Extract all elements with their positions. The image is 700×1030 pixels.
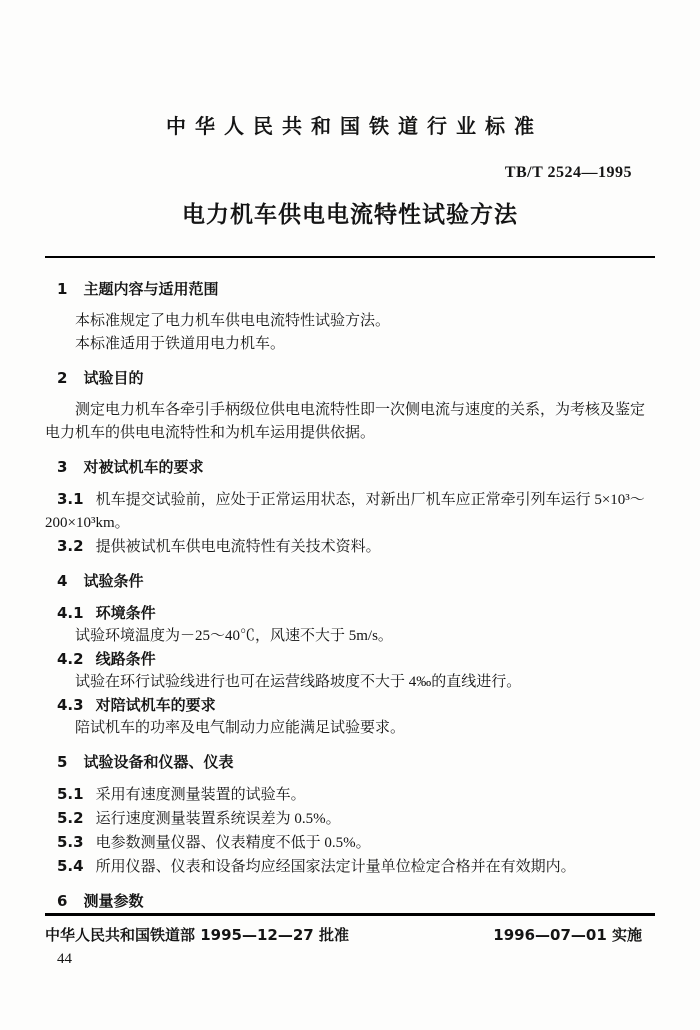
- clause-number: 5.1: [57, 783, 84, 806]
- section-heading: 6测量参数: [45, 890, 655, 913]
- continuation-line: 电力机车的供电电流特性和为机车运用提供依据。: [45, 422, 655, 445]
- section-heading: 4试验条件: [45, 570, 655, 593]
- standard-category-heading: 中华人民共和国铁道行业标准: [0, 0, 700, 139]
- document-body: 1主题内容与适用范围本标准规定了电力机车供电电流特性试验方法。本标准适用于铁道用…: [0, 278, 700, 913]
- clause-number: 4.1: [57, 602, 84, 625]
- clause-number: 6: [57, 890, 67, 913]
- clause-line: 5.2运行速度测量装置系统误差为 0.5%。: [45, 807, 655, 831]
- section-heading: 3对被试机车的要求: [45, 456, 655, 479]
- line-text: 机车提交试验前，应处于正常运用状态，对新出厂机车应正常牵引列车运行 5×10³～: [96, 492, 645, 508]
- document-title: 电力机车供电电流特性试验方法: [0, 200, 700, 230]
- paragraph-line: 试验在环行试验线进行也可在运营线路坡度不大于 4‰的直线进行。: [45, 671, 655, 694]
- line-text: 陪试机车的功率及电气制动力应能满足试验要求。: [75, 720, 405, 736]
- line-text: 主题内容与适用范围: [83, 280, 218, 298]
- clause-line: 5.4所用仪器、仪表和设备均应经国家法定计量单位检定合格并在有效期内。: [45, 855, 655, 879]
- line-text: 200×10³km。: [45, 515, 130, 531]
- clause-number: 2: [57, 367, 67, 390]
- line-text: 电力机车的供电电流特性和为机车运用提供依据。: [45, 425, 375, 441]
- document-page: 中华人民共和国铁道行业标准 TB/T 2524—1995 电力机车供电电流特性试…: [0, 0, 700, 1030]
- line-text: 运行速度测量装置系统误差为 0.5%。: [96, 811, 341, 827]
- clause-number: 3.2: [57, 535, 84, 558]
- clause-number: 5: [57, 751, 67, 774]
- line-text: 对陪试机车的要求: [96, 696, 216, 714]
- line-text: 提供被试机车供电电流特性有关技术资料。: [96, 539, 381, 555]
- clause-number: 4.2: [57, 648, 84, 671]
- clause-line: 3.1机车提交试验前，应处于正常运用状态，对新出厂机车应正常牵引列车运行 5×1…: [45, 488, 655, 512]
- line-text: 本标准规定了电力机车供电电流特性试验方法。: [75, 313, 390, 329]
- clause-heading: 4.3对陪试机车的要求: [45, 694, 655, 717]
- section-heading: 1主题内容与适用范围: [45, 278, 655, 301]
- approval-note: 中华人民共和国铁道部 1995—12—27 批准: [45, 925, 349, 945]
- clause-line: 3.2提供被试机车供电电流特性有关技术资料。: [45, 535, 655, 559]
- paragraph-line: 本标准适用于铁道用电力机车。: [45, 333, 655, 356]
- clause-number: 4: [57, 570, 67, 593]
- line-text: 本标准适用于铁道用电力机车。: [75, 336, 285, 352]
- clause-number: 1: [57, 278, 67, 301]
- line-text: 线路条件: [96, 650, 156, 668]
- line-text: 采用有速度测量装置的试验车。: [96, 787, 306, 803]
- line-text: 环境条件: [96, 604, 156, 622]
- footer: 中华人民共和国铁道部 1995—12—27 批准 1996—07—01 实施: [45, 925, 642, 945]
- clause-heading: 4.2线路条件: [45, 648, 655, 671]
- line-text: 试验环境温度为－25～40℃，风速不大于 5m/s。: [75, 628, 393, 644]
- clause-line: 5.1采用有速度测量装置的试验车。: [45, 783, 655, 807]
- clause-number: 5.3: [57, 831, 84, 854]
- clause-number: 5.2: [57, 807, 84, 830]
- continuation-line: 200×10³km。: [45, 512, 655, 535]
- line-text: 所用仪器、仪表和设备均应经国家法定计量单位检定合格并在有效期内。: [96, 859, 576, 875]
- implementation-note: 1996—07—01 实施: [493, 925, 642, 945]
- footer-rule: [45, 913, 655, 916]
- clause-number: 3.1: [57, 488, 84, 511]
- line-text: 试验目的: [83, 369, 143, 387]
- paragraph-line: 试验环境温度为－25～40℃，风速不大于 5m/s。: [45, 625, 655, 648]
- line-text: 试验条件: [83, 572, 143, 590]
- page-number: 44: [57, 949, 72, 969]
- line-text: 测定电力机车各牵引手柄级位供电电流特性即一次侧电流与速度的关系，为考核及鉴定: [75, 402, 645, 418]
- header-rule: [45, 256, 655, 258]
- clause-heading: 4.1环境条件: [45, 602, 655, 625]
- line-text: 电参数测量仪器、仪表精度不低于 0.5%。: [96, 835, 371, 851]
- paragraph-line: 陪试机车的功率及电气制动力应能满足试验要求。: [45, 717, 655, 740]
- line-text: 试验在环行试验线进行也可在运营线路坡度不大于 4‰的直线进行。: [75, 674, 521, 690]
- clause-number: 4.3: [57, 694, 84, 717]
- standard-number: TB/T 2524—1995: [0, 163, 700, 182]
- clause-number: 5.4: [57, 855, 84, 878]
- section-heading: 2试验目的: [45, 367, 655, 390]
- section-heading: 5试验设备和仪器、仪表: [45, 751, 655, 774]
- clause-number: 3: [57, 456, 67, 479]
- line-text: 对被试机车的要求: [83, 458, 203, 476]
- clause-line: 5.3电参数测量仪器、仪表精度不低于 0.5%。: [45, 831, 655, 855]
- paragraph-line: 本标准规定了电力机车供电电流特性试验方法。: [45, 310, 655, 333]
- paragraph-line: 测定电力机车各牵引手柄级位供电电流特性即一次侧电流与速度的关系，为考核及鉴定: [45, 399, 655, 422]
- line-text: 试验设备和仪器、仪表: [83, 753, 233, 771]
- line-text: 测量参数: [83, 892, 143, 910]
